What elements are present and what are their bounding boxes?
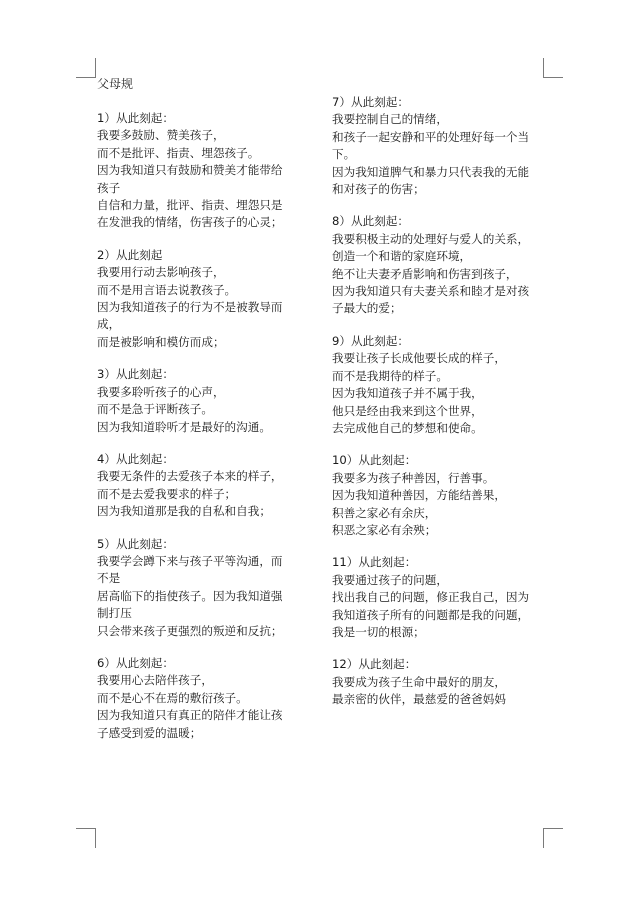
- rule-section: 7）从此刻起：我要控制自己的情绪，和孩子一起安静和平的处理好每一个当下。因为我知…: [332, 94, 542, 198]
- rule-text-line: 而不是批评、指责、埋怨孩子。: [97, 145, 307, 162]
- rule-text-line: 因为我知道只有鼓励和赞美才能带给: [97, 162, 307, 179]
- rule-text-line: 我知道孩子所有的问题都是我的问题，: [332, 607, 542, 624]
- rule-text-line: 因为我知道只有真正的陪伴才能让孩: [97, 707, 307, 724]
- rule-text-line: 制打压: [97, 605, 307, 622]
- rule-text-line: 我要成为孩子生命中最好的朋友，: [332, 674, 542, 691]
- rule-text-line: 成，: [97, 316, 307, 333]
- rule-text-line: 我要通过孩子的问题，: [332, 572, 542, 589]
- rule-text-line: 子最大的爱；: [332, 300, 542, 317]
- rule-heading: 12）从此刻起：: [332, 656, 542, 673]
- rule-heading: 3）从此刻起：: [97, 366, 307, 383]
- rule-text-line: 自信和力量，批评、指责、埋怨只是: [97, 197, 307, 214]
- rule-text-line: 找出我自己的问题，修正我自己，因为: [332, 589, 542, 606]
- rule-heading: 8）从此刻起：: [332, 213, 542, 230]
- rule-text-line: 而不是我期待的样子。: [332, 368, 542, 385]
- rule-heading: 11）从此刻起：: [332, 554, 542, 571]
- rule-text-line: 而是被影响和模仿而成；: [97, 334, 307, 351]
- document-page: 父母规 1）从此刻起：我要多鼓励、赞美孩子，而不是批评、指责、埋怨孩子。因为我知…: [0, 0, 640, 906]
- rule-text-line: 因为我知道种善因，方能结善果，: [332, 487, 542, 504]
- rule-text-line: 只会带来孩子更强烈的叛逆和反抗；: [97, 623, 307, 640]
- rule-section: 1）从此刻起：我要多鼓励、赞美孩子，而不是批评、指责、埋怨孩子。因为我知道只有鼓…: [97, 110, 307, 232]
- rule-text-line: 我要多聆听孩子的心声，: [97, 384, 307, 401]
- rule-text-line: 我要用心去陪伴孩子，: [97, 672, 307, 689]
- rule-text-line: 因为我知道脾气和暴力只代表我的无能: [332, 164, 542, 181]
- rule-text-line: 孩子: [97, 180, 307, 197]
- rule-text-line: 因为我知道那是我的自私和自我；: [97, 503, 307, 520]
- rule-section: 2）从此刻起我要用行动去影响孩子，而不是用言语去说教孩子。因为我知道孩子的行为不…: [97, 247, 307, 351]
- rule-text-line: 最亲密的伙伴，最慈爱的爸爸妈妈: [332, 691, 542, 708]
- rule-text-line: 因为我知道孩子并不属于我，: [332, 385, 542, 402]
- rule-text-line: 我要多为孩子种善因，行善事。: [332, 470, 542, 487]
- rule-text-line: 创造一个和谐的家庭环境，: [332, 248, 542, 265]
- rule-text-line: 而不是心不在焉的敷衍孩子。: [97, 690, 307, 707]
- rule-section: 6）从此刻起：我要用心去陪伴孩子，而不是心不在焉的敷衍孩子。因为我知道只有真正的…: [97, 655, 307, 742]
- rule-text-line: 我要用行动去影响孩子，: [97, 264, 307, 281]
- rule-text-line: 在发泄我的情绪，伤害孩子的心灵；: [97, 214, 307, 231]
- rule-text-line: 不是: [97, 570, 307, 587]
- rule-text-line: 去完成他自己的梦想和使命。: [332, 420, 542, 437]
- crop-mark-bottom-right: [543, 828, 563, 848]
- rule-text-line: 我要让孩子长成他要长成的样子，: [332, 350, 542, 367]
- rule-text-line: 他只是经由我来到这个世界，: [332, 403, 542, 420]
- rule-heading: 4）从此刻起：: [97, 451, 307, 468]
- left-column: 1）从此刻起：我要多鼓励、赞美孩子，而不是批评、指责、埋怨孩子。因为我知道只有鼓…: [97, 110, 307, 757]
- rule-heading: 10）从此刻起：: [332, 452, 542, 469]
- rule-text-line: 而不是急于评断孩子。: [97, 401, 307, 418]
- rule-text-line: 因为我知道孩子的行为不是被教导而: [97, 299, 307, 316]
- rule-section: 11）从此刻起：我要通过孩子的问题，找出我自己的问题，修正我自己，因为我知道孩子…: [332, 554, 542, 641]
- rule-text-line: 我要无条件的去爱孩子本来的样子，: [97, 468, 307, 485]
- rule-heading: 9）从此刻起：: [332, 333, 542, 350]
- rule-text-line: 而不是去爱我要求的样子；: [97, 486, 307, 503]
- rule-section: 4）从此刻起：我要无条件的去爱孩子本来的样子，而不是去爱我要求的样子；因为我知道…: [97, 451, 307, 521]
- rule-text-line: 子感受到爱的温暖；: [97, 725, 307, 742]
- rule-text-line: 我要积极主动的处理好与爱人的关系，: [332, 231, 542, 248]
- crop-mark-top-left: [76, 58, 96, 78]
- rule-heading: 6）从此刻起：: [97, 655, 307, 672]
- rule-text-line: 而不是用言语去说教孩子。: [97, 282, 307, 299]
- rule-section: 8）从此刻起：我要积极主动的处理好与爱人的关系，创造一个和谐的家庭环境，绝不让夫…: [332, 213, 542, 317]
- rule-text-line: 因为我知道聆听才是最好的沟通。: [97, 419, 307, 436]
- right-column: 7）从此刻起：我要控制自己的情绪，和孩子一起安静和平的处理好每一个当下。因为我知…: [332, 94, 542, 724]
- rule-section: 12）从此刻起：我要成为孩子生命中最好的朋友，最亲密的伙伴，最慈爱的爸爸妈妈: [332, 656, 542, 708]
- rule-text-line: 我要多鼓励、赞美孩子，: [97, 127, 307, 144]
- rule-text-line: 我要学会蹲下来与孩子平等沟通，而: [97, 553, 307, 570]
- rule-heading: 7）从此刻起：: [332, 94, 542, 111]
- rule-section: 9）从此刻起：我要让孩子长成他要长成的样子，而不是我期待的样子。因为我知道孩子并…: [332, 333, 542, 437]
- rule-text-line: 我要控制自己的情绪，: [332, 111, 542, 128]
- rule-section: 5）从此刻起：我要学会蹲下来与孩子平等沟通，而不是居高临下的指使孩子。因为我知道…: [97, 536, 307, 640]
- rule-section: 10）从此刻起：我要多为孩子种善因，行善事。因为我知道种善因，方能结善果，积善之…: [332, 452, 542, 539]
- crop-mark-bottom-left: [76, 828, 96, 848]
- rule-text-line: 居高临下的指使孩子。因为我知道强: [97, 588, 307, 605]
- rule-text-line: 绝不让夫妻矛盾影响和伤害到孩子，: [332, 266, 542, 283]
- rule-text-line: 我是一切的根源；: [332, 624, 542, 641]
- rule-text-line: 积恶之家必有余殃；: [332, 522, 542, 539]
- rule-text-line: 和对孩子的伤害；: [332, 181, 542, 198]
- rule-heading: 5）从此刻起：: [97, 536, 307, 553]
- rule-text-line: 下。: [332, 146, 542, 163]
- rule-section: 3）从此刻起：我要多聆听孩子的心声，而不是急于评断孩子。因为我知道聆听才是最好的…: [97, 366, 307, 436]
- rule-text-line: 积善之家必有余庆，: [332, 505, 542, 522]
- rule-text-line: 和孩子一起安静和平的处理好每一个当: [332, 129, 542, 146]
- rule-heading: 2）从此刻起: [97, 247, 307, 264]
- crop-mark-top-right: [543, 58, 563, 78]
- document-title: 父母规: [97, 76, 133, 92]
- rule-text-line: 因为我知道只有夫妻关系和睦才是对孩: [332, 283, 542, 300]
- rule-heading: 1）从此刻起：: [97, 110, 307, 127]
